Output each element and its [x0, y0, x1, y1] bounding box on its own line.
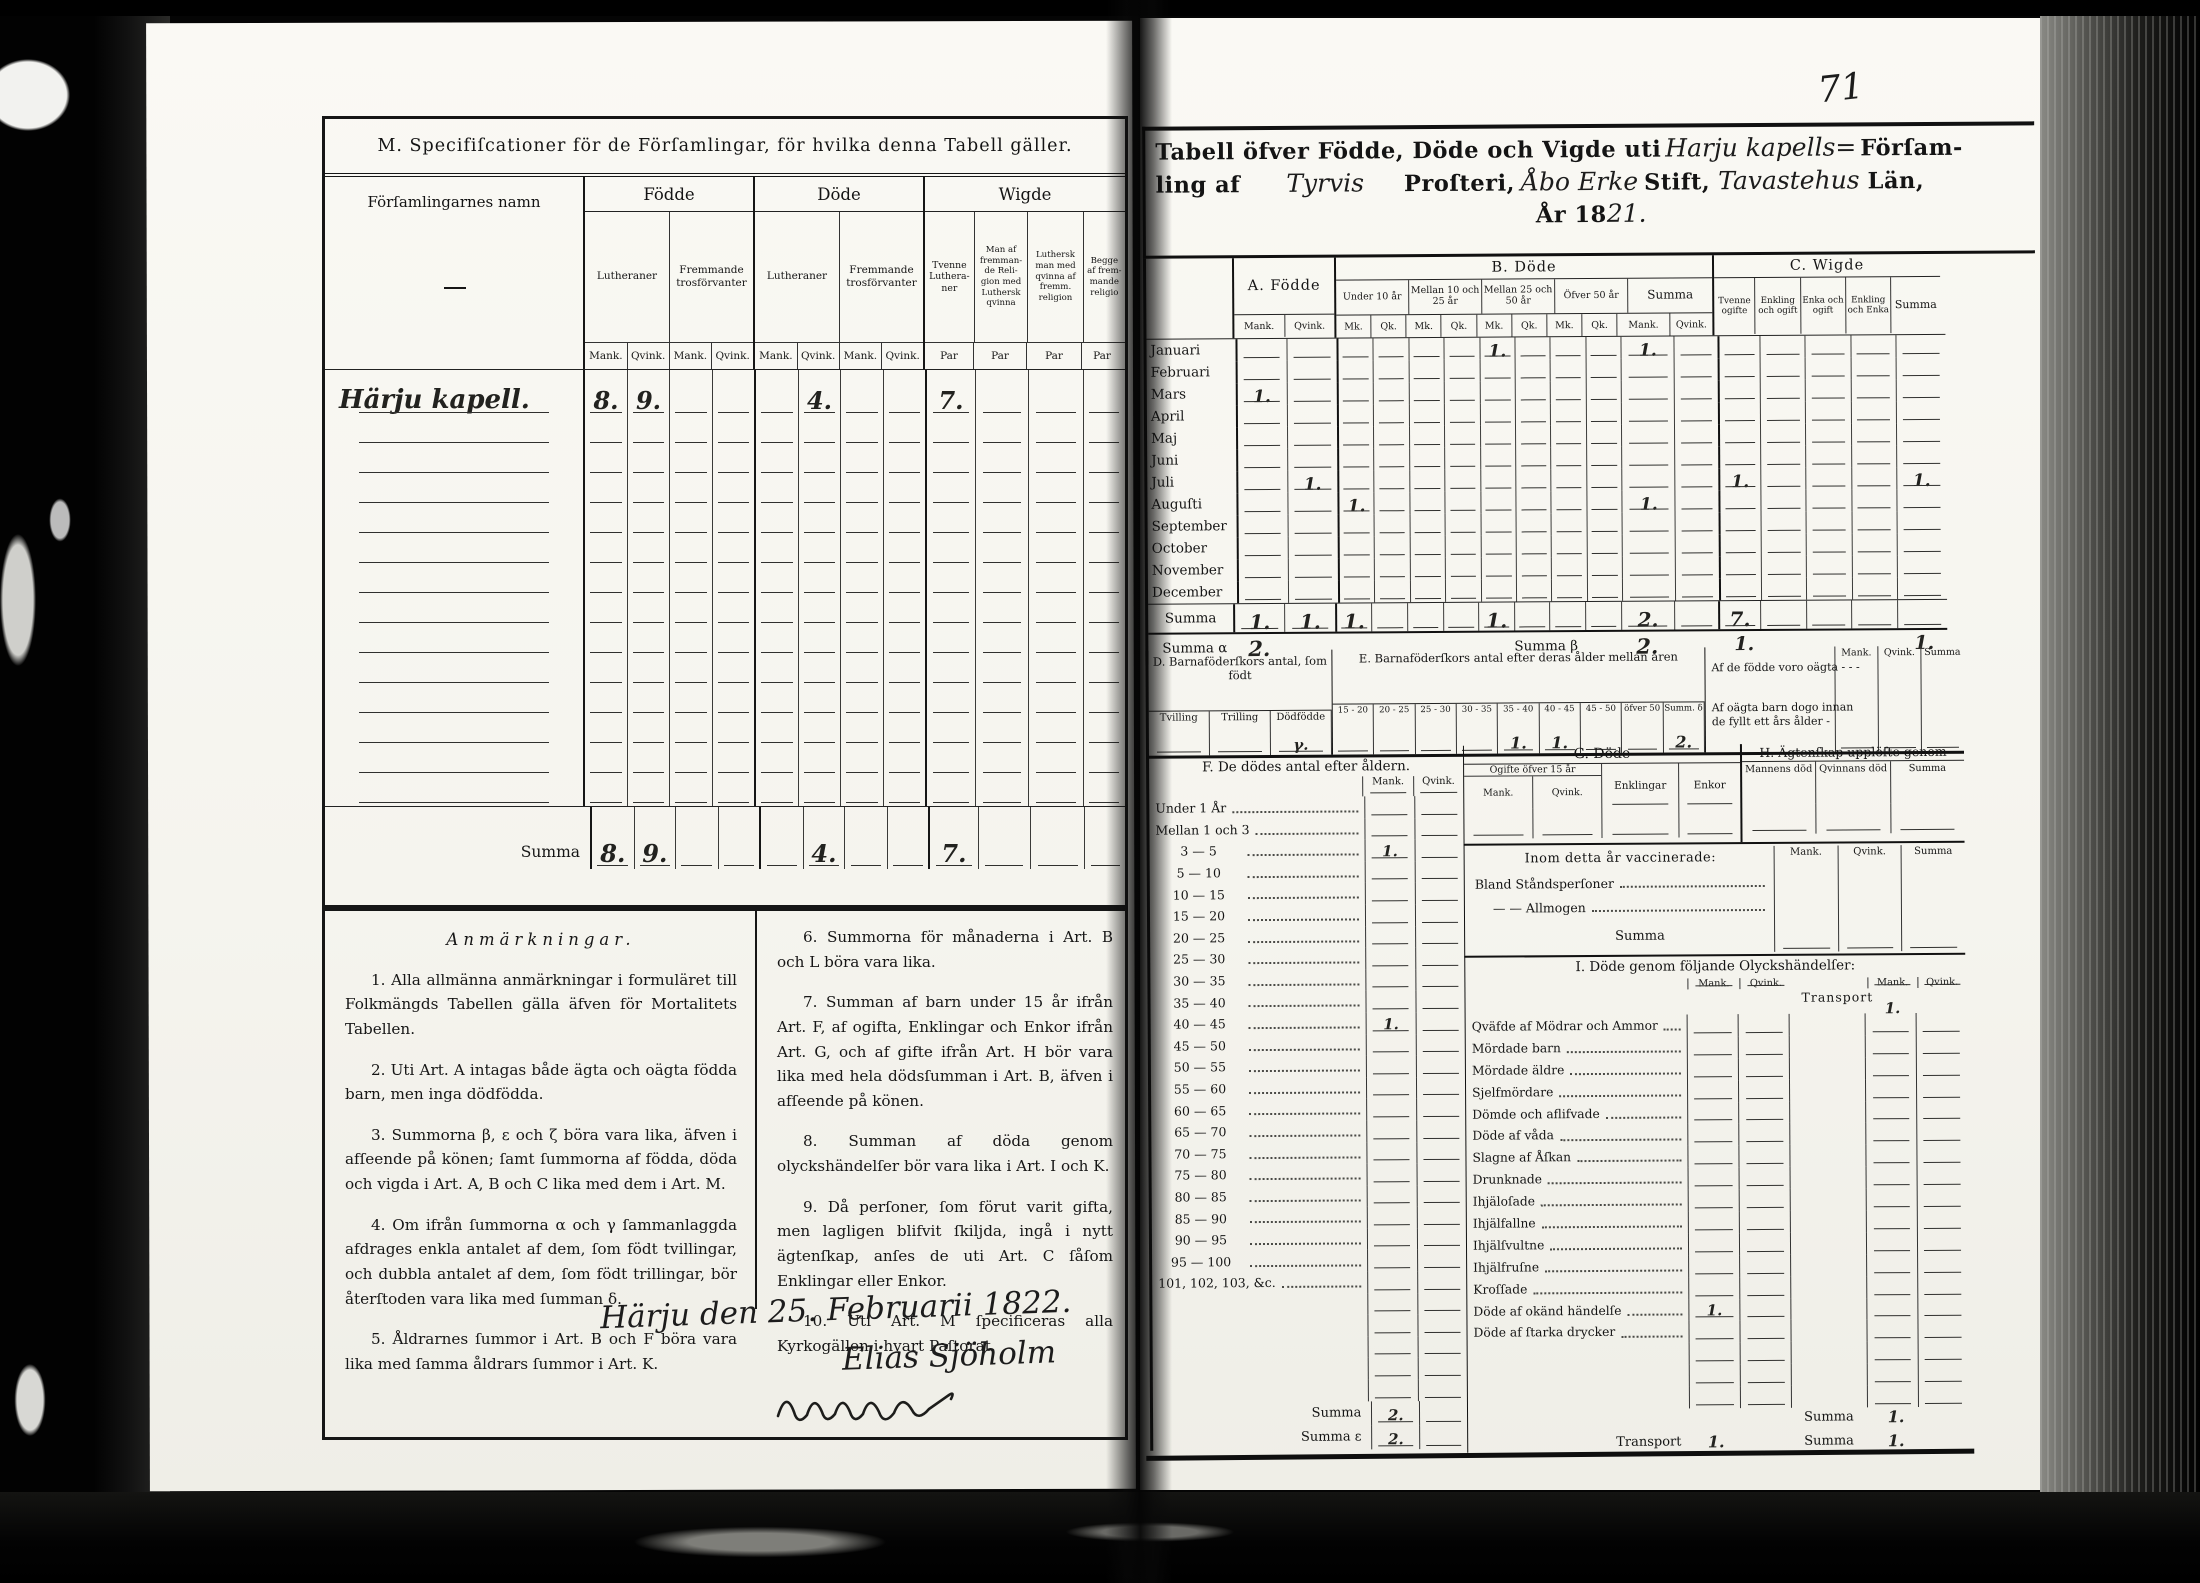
i-right-mank-cell [1867, 1385, 1917, 1407]
d-col-dodfodde: Dödföddeγ. [1271, 711, 1332, 755]
i-mank-cell [1688, 1211, 1739, 1233]
section-b-header: B. Döde Under 10 år Mellan 10 och 25 år … [1334, 255, 1712, 337]
month-cell [1286, 383, 1336, 405]
handwritten-value: 9. [628, 386, 669, 415]
month-cell [1805, 379, 1850, 401]
dotted-leader [1559, 1082, 1681, 1097]
dotted-leader [1577, 1148, 1681, 1163]
value-cell: 4. [804, 807, 846, 869]
month-cell [1761, 578, 1806, 600]
table-row [325, 506, 1125, 536]
table-row [325, 686, 1125, 716]
value-cell [976, 686, 1029, 716]
month-cell: 1. [1233, 604, 1285, 632]
dotted-leader [1248, 992, 1359, 1007]
dotted-leader [1541, 1191, 1682, 1206]
m-sub-fremmande: Fremmande trosförvanter [840, 212, 923, 342]
i-transport-gap [1791, 1385, 1867, 1407]
month-cell [1445, 492, 1481, 514]
parish-name-cell [325, 536, 585, 566]
value-cell [884, 626, 927, 656]
value-cell [799, 506, 841, 536]
month-cell [1851, 577, 1896, 599]
value-cell [845, 807, 888, 869]
value-cell [1029, 416, 1084, 446]
month-cell [1896, 379, 1946, 401]
f-value-cell [1366, 1034, 1416, 1056]
value-cell [585, 626, 628, 656]
value-cell [719, 807, 762, 869]
i-qvink-cell [1740, 1342, 1791, 1364]
remark-4: 4. Om ifrån ſummorna α och γ ſammanlaggd… [345, 1213, 737, 1312]
i-transport-bottom-value: 1. [1690, 1432, 1742, 1451]
f-value-cell [1414, 817, 1464, 839]
month-cell [1373, 404, 1409, 426]
month-cell [1338, 558, 1375, 580]
vaccination-summa-label: Summa [1615, 929, 1665, 944]
month-cell [1481, 579, 1517, 601]
month-cell [1338, 536, 1375, 558]
value-cell [628, 776, 670, 806]
i-mank-cell [1687, 1145, 1738, 1167]
f-age-row: 101, 102, 103, &c. [1152, 1271, 1466, 1295]
i-right-qvink-cell [1916, 1122, 1966, 1144]
value-cell [927, 716, 976, 746]
i-right-mank-cell [1866, 1144, 1916, 1166]
i-transport-gap [1789, 1057, 1865, 1079]
i-qvink-cell [1740, 1386, 1791, 1408]
m-group-dode: Döde Lutheraner Fremmande trosförvanter … [755, 177, 925, 369]
month-cell [1515, 381, 1551, 403]
month-cell [1621, 425, 1674, 447]
month-cell [1410, 558, 1446, 580]
monthly-table-body: Januari1.1.FebruariMars1.AprilMajJuniJul… [1146, 335, 1947, 633]
m-specifications-table: M. Specifiſcationer för de Förſamlingar,… [322, 116, 1128, 908]
f-age-label: 75 — 80 [1152, 1163, 1367, 1186]
f-age-label: Mellan 1 och 3 [1149, 818, 1364, 841]
i-right-mank-cell [1865, 1035, 1915, 1057]
i-right-mank-cell [1867, 1298, 1917, 1320]
g-enkor: Enkor [1679, 763, 1740, 807]
vaccination-row-standspersoner: Bland Ståndsperſoner [1475, 872, 1771, 892]
value-cell [884, 566, 927, 596]
month-cell: 1. [1287, 471, 1337, 493]
value-cell [670, 776, 713, 806]
month-cell [1286, 339, 1336, 361]
month-cell [1851, 467, 1896, 489]
value-cell [713, 686, 756, 716]
i-cause-row: Mördade barn [1466, 1035, 1966, 1060]
month-cell [1806, 511, 1851, 533]
month-cell [1586, 381, 1622, 403]
value-cell [841, 416, 884, 446]
section-g-dead-by-status: G. Döde Ogifte öfver 15 år Mank. Qvink. … [1463, 744, 1741, 844]
month-cell [1586, 447, 1622, 469]
dotted-leader [1232, 798, 1358, 813]
value-cell [927, 656, 976, 686]
month-cell [1480, 447, 1516, 469]
i-cause-label: Döde af våda [1466, 1124, 1687, 1147]
handwritten-value: 1. [1367, 1015, 1416, 1033]
value-cell [884, 596, 927, 626]
i-transport-gap [1789, 1035, 1865, 1057]
value-cell [976, 536, 1029, 566]
e-col: 25 - 30 [1415, 704, 1457, 754]
f-age-label: 90 — 95 [1152, 1228, 1367, 1251]
month-cell [1806, 467, 1851, 489]
month-cell [1586, 469, 1622, 491]
f-value-cell [1417, 1292, 1467, 1314]
m-wigde-col3: Luthersk man med qvinna af fremm. religi… [1028, 212, 1083, 342]
month-cell [1337, 470, 1374, 492]
m-wigde-col2: Man af fremman­de Reli­gion med Luthersk… [975, 212, 1029, 342]
f-age-row: 55 — 60 [1151, 1077, 1465, 1101]
value-cell [670, 506, 713, 536]
month-cell: 1. [1622, 491, 1675, 513]
i-cause-row: Slagne af Åſkan [1466, 1144, 1966, 1169]
month-cell [1288, 581, 1338, 603]
value-cell [884, 776, 927, 806]
handwritten-value: 1. [1366, 842, 1415, 860]
f-age-row [1152, 1314, 1466, 1338]
section-c-header: C. Wigde Tvenne ogifte Enkling och ogift… [1712, 254, 1940, 335]
value-cell [976, 596, 1029, 626]
handwritten-value: 2. [1622, 608, 1675, 632]
i-right-mank-cell [1866, 1254, 1916, 1276]
month-cell [1550, 425, 1586, 447]
value-cell [628, 446, 670, 476]
month-cell [1409, 514, 1445, 536]
f-age-label: 20 — 25 [1150, 926, 1365, 949]
handwritten-value: 1. [1235, 610, 1285, 634]
month-cell [1479, 403, 1515, 425]
dotted-leader [1249, 1100, 1360, 1115]
month-cell [1718, 512, 1760, 534]
i-right-qvink-cell [1918, 1385, 1968, 1407]
i-mank-cell [1688, 1321, 1739, 1343]
i-cause-row: Ihjälſvultne [1467, 1232, 1967, 1257]
f-age-row: 90 — 95 [1152, 1228, 1466, 1252]
table-row: Summa8.9.4.7. [325, 806, 1125, 869]
m-table-body: Härju kapell.8.9.4.7.Summa8.9.4.7. [325, 370, 1125, 869]
value-cell [841, 656, 884, 686]
value-cell: 9. [635, 807, 677, 869]
i-cause-row: Qväfde af Mödrar och Ammor [1466, 1013, 1966, 1038]
month-cell [1896, 511, 1946, 533]
signature-flourish [772, 1382, 1012, 1442]
value-cell: 8. [585, 370, 628, 416]
vaccination-row-allmogen: — — Allmogen [1475, 896, 1771, 916]
month-cell [1408, 360, 1444, 382]
value-cell [756, 536, 799, 566]
value-cell [756, 370, 799, 416]
f-age-label: 70 — 75 [1151, 1142, 1366, 1165]
value-cell [1029, 626, 1084, 656]
month-cell [1515, 447, 1551, 469]
month-cell [1443, 603, 1479, 631]
dotted-leader [1249, 1122, 1360, 1137]
month-cell [1374, 558, 1410, 580]
month-cell [1760, 380, 1805, 402]
handwritten-value: 1. [1286, 610, 1336, 634]
value-cell [884, 716, 927, 746]
f-value-cell [1415, 925, 1465, 947]
i-qvink-cell [1738, 1036, 1789, 1058]
value-cell [976, 370, 1029, 416]
value-cell [713, 370, 756, 416]
dotted-leader [1250, 1230, 1361, 1245]
month-cell [1551, 491, 1587, 513]
f-value-cell [1417, 1249, 1467, 1271]
month-cell [1586, 491, 1622, 513]
month-cell [1480, 491, 1516, 513]
month-cell [1622, 513, 1675, 535]
parish-name-handwritten: Härju kapell. [325, 385, 583, 415]
value-cell [799, 686, 841, 716]
value-cell [670, 686, 713, 716]
month-cell [1444, 426, 1480, 448]
month-cell [1408, 338, 1444, 360]
value-cell [670, 656, 713, 686]
value-cell [927, 776, 976, 806]
handwritten-value: 1. [1337, 609, 1372, 633]
summa-handwritten-value: 9. [635, 839, 676, 868]
f-value-cell [1366, 1098, 1416, 1120]
month-cell [1719, 578, 1761, 600]
month-cell: 1. [1478, 602, 1514, 630]
month-cell [1337, 514, 1374, 536]
parish-name-cell [325, 716, 585, 746]
month-cell [1287, 449, 1337, 471]
m-col-parish-name: Förſamlingarnes namn [325, 177, 585, 369]
month-cell [1621, 403, 1674, 425]
handwritten-value: 7. [927, 386, 975, 415]
f-age-label: 55 — 60 [1151, 1077, 1366, 1100]
i-cause-label: Ihjälſvultne [1467, 1233, 1688, 1256]
h-summa: Summa [1891, 761, 1965, 803]
i-mank-cell [1688, 1255, 1739, 1277]
value-cell [841, 686, 884, 716]
value-cell [799, 416, 841, 446]
book-gutter-shadow [1106, 0, 1172, 1583]
value-cell [927, 416, 976, 446]
section-f-ages-of-dead: F. De dödes antal efter åldern. Mank. Qv… [1146, 756, 1467, 1451]
i-right-mank-cell [1866, 1101, 1916, 1123]
value-cell [713, 746, 756, 776]
f-age-row: 10 — 15 [1150, 882, 1464, 906]
remarks-title: Anmärkningar. [345, 927, 737, 954]
remark-1: 1. Alla allmänna anmärkningar i formulär… [345, 968, 737, 1042]
value-cell [884, 746, 927, 776]
i-cause-row [1468, 1363, 1968, 1388]
value-cell [670, 626, 713, 656]
f-value-cell [1417, 1271, 1467, 1293]
month-cell [1235, 339, 1286, 361]
dotted-leader [1250, 1208, 1361, 1223]
month-cell [1549, 602, 1585, 630]
f-value-cell [1365, 882, 1415, 904]
f-value-cell [1416, 1184, 1466, 1206]
i-right-qvink-cell [1917, 1297, 1967, 1319]
value-cell [628, 416, 670, 446]
title-prosteri-handwritten: Tyrvis [1286, 168, 1364, 197]
value-cell: 4. [799, 370, 841, 416]
m-sub-fremmande: Fremmande trosförvanter [670, 212, 753, 342]
i-mank-cell [1687, 1124, 1738, 1146]
remark-3: 3. Summorna β, ε och ζ böra vara lika, ä… [345, 1123, 737, 1197]
value-cell [676, 807, 719, 869]
value-cell [1029, 566, 1084, 596]
month-cell [1674, 601, 1718, 629]
month-cell [1480, 425, 1516, 447]
month-cell [1288, 559, 1338, 581]
month-cell [1718, 534, 1760, 556]
h-qvinnans-dod: Qvinnans död [1816, 761, 1891, 803]
dash-mark [444, 287, 466, 289]
f-age-label: 15 — 20 [1150, 904, 1365, 927]
value-cell [841, 566, 884, 596]
dotted-leader [1248, 928, 1359, 943]
f-age-label: 80 — 85 [1152, 1185, 1367, 1208]
month-cell [1287, 537, 1337, 559]
f-age-label: 60 — 65 [1151, 1099, 1366, 1122]
month-cell [1444, 470, 1480, 492]
f-age-row: 65 — 70 [1151, 1120, 1465, 1144]
month-cell: 1. [1621, 337, 1674, 359]
month-cell [1337, 382, 1374, 404]
value-cell [713, 656, 756, 686]
i-transport-gap [1791, 1254, 1867, 1276]
m-group-wigde: Wigde Tvenne Luthera­ner Man af fremman­… [925, 177, 1125, 369]
value-cell [713, 476, 756, 506]
i-transport-gap [1790, 1232, 1866, 1254]
dotted-leader [1282, 1273, 1362, 1288]
dotted-leader [1620, 872, 1765, 887]
value-cell [841, 506, 884, 536]
month-cell [1805, 335, 1850, 357]
dotted-leader [1249, 1143, 1360, 1158]
month-cell [1374, 536, 1410, 558]
i-transport-label: Transport [1801, 989, 1873, 1004]
i-transport-gap [1791, 1342, 1867, 1364]
month-cell [1479, 381, 1515, 403]
dotted-leader [1550, 1235, 1682, 1250]
parish-name-cell [325, 506, 585, 536]
table-row [325, 536, 1125, 566]
value-cell [927, 626, 976, 656]
i-transport-gap [1790, 1188, 1866, 1210]
month-cell [1516, 535, 1552, 557]
month-cell [1896, 489, 1946, 511]
month-cell [1409, 426, 1445, 448]
value-cell [976, 416, 1029, 446]
f-value-cell [1415, 904, 1465, 926]
i-transport-gap [1791, 1320, 1867, 1342]
f-value-cell [1366, 1077, 1416, 1099]
f-age-label [1153, 1358, 1368, 1381]
month-cell [1515, 491, 1551, 513]
month-cell: 1. [1285, 604, 1336, 632]
i-cause-label [1468, 1387, 1689, 1410]
i-right-mank-cell [1866, 1122, 1916, 1144]
g-enklingar: Enklingar [1602, 763, 1679, 807]
f-value-cell [1417, 1379, 1467, 1401]
f-age-row: 3 — 51. [1150, 839, 1464, 863]
dotted-leader [1533, 1279, 1682, 1294]
month-cell [1806, 577, 1851, 599]
f-value-cell [1365, 926, 1415, 948]
value-cell [884, 506, 927, 536]
f-age-label: 5 — 10 [1150, 861, 1365, 884]
month-cell [1895, 335, 1945, 357]
month-cell [1675, 578, 1718, 600]
month-cell: 7. [1718, 601, 1761, 629]
month-cell: 1. [1718, 468, 1760, 490]
value-cell [927, 596, 976, 626]
value-cell [713, 776, 756, 806]
value-cell [628, 686, 670, 716]
value-cell [670, 566, 713, 596]
month-cell [1585, 602, 1621, 630]
month-cell [1374, 492, 1410, 514]
parish-name-cell [325, 566, 585, 596]
value-cell [756, 596, 799, 626]
value-cell [841, 596, 884, 626]
table-row [325, 746, 1125, 776]
f-value-cell [1414, 839, 1464, 861]
value-cell [713, 446, 756, 476]
value-cell [884, 536, 927, 566]
value-cell [628, 626, 670, 656]
i-qvink-cell [1740, 1298, 1791, 1320]
month-cell [1760, 402, 1805, 424]
f-age-row: 20 — 25 [1150, 925, 1464, 949]
value-cell [1029, 776, 1084, 806]
column-divider [755, 911, 757, 1309]
month-cell [1236, 559, 1287, 581]
month-cell [1718, 424, 1760, 446]
m-wigde-col1: Tvenne Luthera­ner [925, 212, 975, 342]
f-age-label [1152, 1293, 1367, 1316]
h-mannens-dod: Mannens död [1742, 762, 1817, 804]
handwritten-value: 7. [1720, 607, 1761, 631]
i-mank-cell [1689, 1364, 1740, 1386]
value-cell [1031, 807, 1085, 869]
f-age-label: 30 — 35 [1150, 969, 1365, 992]
month-cell [1675, 534, 1718, 556]
value-cell [841, 370, 884, 416]
i-cause-row: Döde af okänd händelſe1. [1467, 1297, 1967, 1322]
month-cell [1675, 512, 1718, 534]
value-cell [888, 807, 931, 869]
d-gamma-mark: γ. [1271, 736, 1331, 754]
value-cell [1029, 506, 1084, 536]
dotted-leader [1664, 1016, 1681, 1030]
m-sub-lutheraner: Lutheraner [755, 212, 840, 342]
value-cell [756, 506, 799, 536]
value-cell [585, 776, 628, 806]
dotted-leader [1567, 1038, 1681, 1053]
title-line1: Tabell öfver Födde, Döde och Vigde uti [1155, 137, 1661, 166]
month-cell [1551, 579, 1587, 601]
i-mank-cell: 1. [1688, 1299, 1739, 1321]
f-col-qvink: Qvink. [1413, 776, 1463, 796]
i-right-mank-cell [1867, 1320, 1917, 1342]
table-row [325, 716, 1125, 746]
f-value-cell [1368, 1314, 1418, 1336]
i-transport-gap [1790, 1123, 1866, 1145]
month-cell [1674, 336, 1717, 358]
